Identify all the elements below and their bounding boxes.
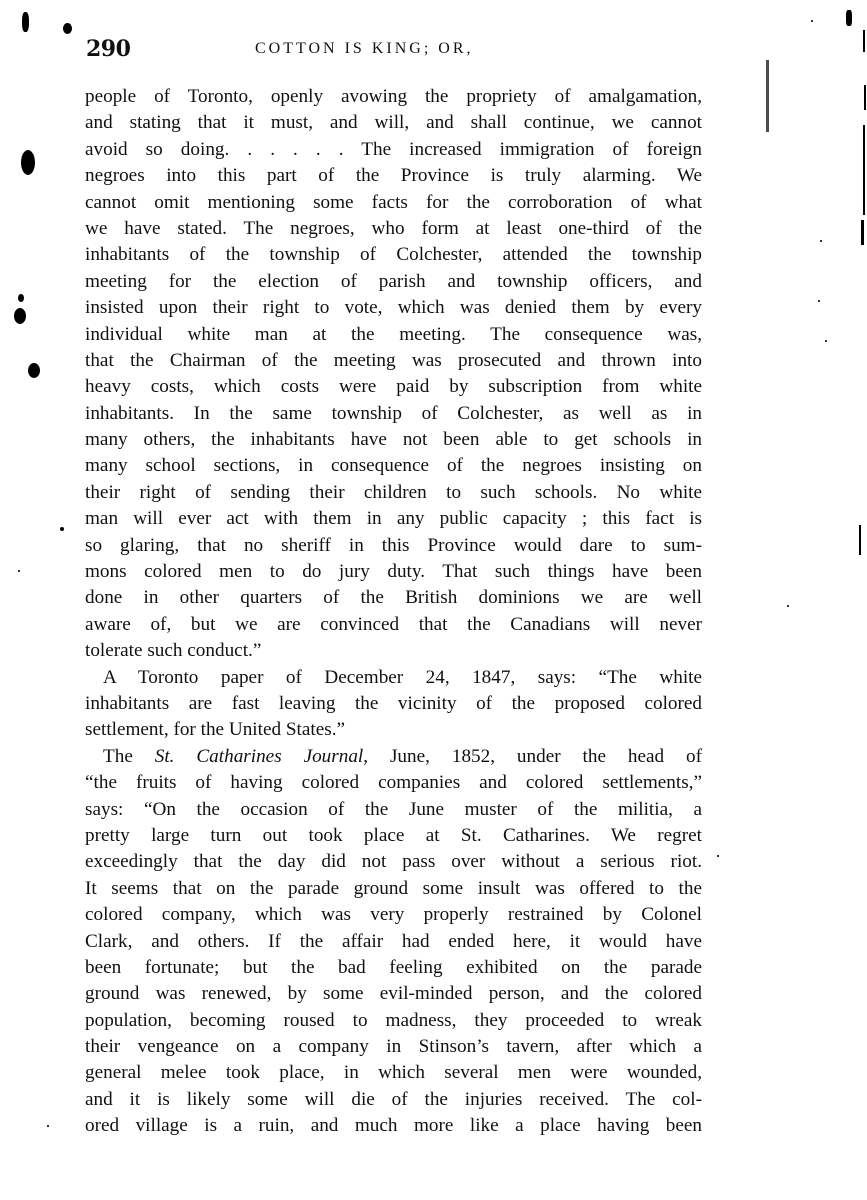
scan-edge-mark-right-5: [766, 60, 769, 132]
text-line: been fortunate; but the bad feeling exhi…: [85, 955, 702, 981]
text-run: The: [103, 746, 155, 767]
text-line: population, becoming roused to madness, …: [85, 1008, 702, 1034]
text-line: negroes into this part of the Province i…: [85, 163, 702, 189]
text-line: heavy costs, which costs were paid by su…: [85, 374, 702, 400]
scan-speck: [47, 1125, 49, 1127]
scan-speck: [787, 605, 789, 607]
scan-speck: [820, 240, 822, 242]
text-line: done in other quarters of the British do…: [85, 585, 702, 611]
text-line: Clark, and others. If the affair had end…: [85, 929, 702, 955]
text-line: cannot omit mentioning some facts for th…: [85, 190, 702, 216]
text-line: ground was renewed, by some evil-minded …: [85, 981, 702, 1007]
text-line: exceedingly that the day did not pass ov…: [85, 849, 702, 875]
text-line: we have stated. The negroes, who form at…: [85, 216, 702, 242]
scanned-book-page: 290 COTTON IS KING; OR, people of Toront…: [0, 0, 867, 1200]
scan-blot-left-3: [14, 308, 26, 324]
text-line: tolerate such conduct.”: [85, 638, 702, 664]
text-run: , June, 1852, under the head of: [363, 746, 702, 767]
newspaper-title: St. Catharines Journal: [155, 746, 364, 767]
scan-edge-mark-right-4: [861, 220, 864, 245]
text-line: says: “On the occasion of the June muste…: [85, 797, 702, 823]
text-line: that the Chairman of the meeting was pro…: [85, 348, 702, 374]
text-line: inhabitants. In the same township of Col…: [85, 401, 702, 427]
text-line: and stating that it must, and will, and …: [85, 110, 702, 136]
text-line: pretty large turn out took place at St. …: [85, 823, 702, 849]
text-line: man will ever act with them in any publi…: [85, 506, 702, 532]
text-line: It seems that on the parade ground some …: [85, 876, 702, 902]
scan-edge-mark-right-2: [864, 85, 866, 110]
text-line: “the fruits of having colored companies …: [85, 770, 702, 796]
text-line: inhabitants are fast leaving the vicinit…: [85, 691, 702, 717]
scan-blot-left-1: [21, 150, 35, 175]
text-line: aware of, but we are convinced that the …: [85, 612, 702, 638]
scan-blot-left-4: [28, 363, 40, 378]
running-head: COTTON IS KING; OR,: [255, 40, 473, 58]
scan-blot-top-right: [846, 10, 852, 26]
text-line: general melee took place, in which sever…: [85, 1060, 702, 1086]
text-line: avoid so doing. . . . . . The increased …: [85, 137, 702, 163]
text-line: their right of sending their children to…: [85, 480, 702, 506]
scan-speck: [717, 855, 719, 857]
paragraph-start-line: A Toronto paper of December 24, 1847, sa…: [85, 665, 702, 691]
text-line: meeting for the election of parish and t…: [85, 269, 702, 295]
scan-blot-header: [63, 23, 72, 34]
text-line: people of Toronto, openly avowing the pr…: [85, 84, 702, 110]
text-line: many others, the inhabitants have not be…: [85, 427, 702, 453]
scan-speck: [825, 340, 827, 342]
scan-blot-top-left: [22, 12, 29, 32]
scan-blot-left-2: [18, 294, 24, 302]
scan-speck: [18, 570, 20, 572]
text-line: so glaring, that no sheriff in this Prov…: [85, 533, 702, 559]
text-line: settlement, for the United States.”: [85, 717, 702, 743]
text-line: colored company, which was very properly…: [85, 902, 702, 928]
text-line: many school sections, in consequence of …: [85, 453, 702, 479]
scan-blot-left-5: [60, 527, 64, 531]
scan-edge-mark-right-6: [859, 525, 861, 555]
text-line: ored village is a ruin, and much more li…: [85, 1113, 702, 1139]
paragraph-start-line: The St. Catharines Journal, June, 1852, …: [85, 744, 702, 770]
text-line: insisted upon their right to vote, which…: [85, 295, 702, 321]
text-line: and it is likely some will die of the in…: [85, 1087, 702, 1113]
scan-speck: [818, 300, 820, 302]
scan-speck: [811, 20, 813, 22]
text-line: mons colored men to do jury duty. That s…: [85, 559, 702, 585]
page-header: 290 COTTON IS KING; OR,: [0, 34, 867, 64]
text-line: inhabitants of the township of Colcheste…: [85, 242, 702, 268]
text-line: individual white man at the meeting. The…: [85, 322, 702, 348]
body-text: people of Toronto, openly avowing the pr…: [85, 84, 702, 1140]
text-line: their vengeance on a company in Stinson’…: [85, 1034, 702, 1060]
page-number: 290: [86, 36, 130, 62]
scan-edge-mark-right-3: [863, 125, 865, 215]
